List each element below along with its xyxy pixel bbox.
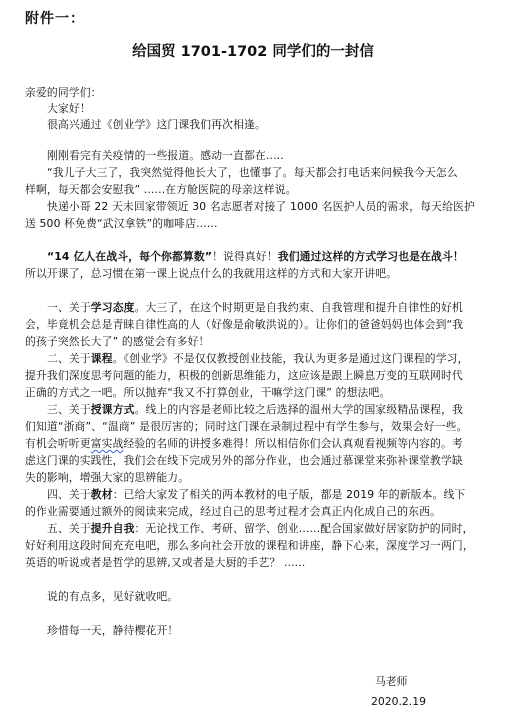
section2-line3: 正确的方式之一吧。所以抛弃“我又不打算创业，干嘛学这门课” 的想法吧。 xyxy=(25,386,390,400)
closing-line2: 珍惜每一天，静待樱花开！ xyxy=(47,624,178,638)
section5-line2: 好好利用这段时间充充电吧，那么多向社会开放的课程和讲座，静下心来，深度学习一两门… xyxy=(25,539,474,553)
fight-slogan: “14 亿人在战斗，每个你都算数” xyxy=(47,250,212,263)
fight-paragraph-line1: “14 亿人在战斗，每个你都算数”！说得真好！我们通过这样的方式学习也是在战斗！ xyxy=(47,250,464,264)
section2-keyword: 课程 xyxy=(91,352,113,365)
section3-line2: 们知道“浙商”、“温商” 是很厉害的；同时这门课在录制过程中有学生参与，效果会好… xyxy=(25,420,468,434)
section1-line1: 一、关于学习态度。大三了，在这个时期更是自我约束、自我管理和提升自律性的好机 xyxy=(47,301,463,315)
signature: 马老师 xyxy=(375,674,407,689)
section5-text: ：无论找工作、考研、留学、创业......配合国家做好居家防护的同时， xyxy=(135,522,474,535)
section5-line1: 五、关于提升自我：无论找工作、考研、留学、创业......配合国家做好居家防护的… xyxy=(47,522,474,536)
intro-line: 很高兴通过《创业学》这门课我们再次相逢。 xyxy=(47,118,266,132)
section3-line3-start: 有机会听听更 xyxy=(25,437,91,450)
letter-document: 附件一： 给国贸 1701-1702 同学们的一封信 亲爱的同学们： 大家好！ … xyxy=(0,0,506,722)
letter-date: 2020.2.19 xyxy=(371,695,426,708)
attachment-label: 附件一： xyxy=(25,8,85,28)
section3-line1: 三、关于授课方式。线上的内容是老师比较之后选择的温州大学的国家级精品课程，我 xyxy=(47,403,463,417)
news-intro: 刚刚看完有关疫情的一些报道。感动一直都在..... xyxy=(47,149,284,163)
fight-paragraph-line2: 所以开课了，总习惯在第一课上说点什么的我就用这样的方式和大家开讲吧。 xyxy=(25,267,397,281)
section3-line4: 虑这门课的实践性，我们会在线下完成另外的部分作业，也会通过慕课堂来弥补课堂教学缺 xyxy=(25,454,463,468)
section4-keyword: 教材 xyxy=(91,488,113,501)
section2-text: 。《创业学》不是仅仅教授创业技能，我认为更多是通过这门课程的学习， xyxy=(113,352,469,365)
quote2-line1: 快递小哥 22 天未回家带领近 30 名志愿者对接了 1000 名医护人员的需求… xyxy=(47,200,475,214)
section3-text: 。线上的内容是老师比较之后选择的温州大学的国家级精品课程，我 xyxy=(135,403,463,416)
section2-line2: 提升我们深度思考问题的能力，积极的创新思维能力，这应该是跟上瞬息万变的互联网时代 xyxy=(25,369,463,383)
section2-prefix: 二、关于 xyxy=(47,352,91,365)
section5-line3: 英语的听说或者是哲学的思辨,又或者是大厨的手艺？ ...... xyxy=(25,556,305,570)
section4-line2: 的作业需要通过额外的阅读来完成，经过自己的思考过程才会真正内化成自己的东西。 xyxy=(25,505,441,519)
quote2-line2: 送 500 杯免费“武汉拿铁”的咖啡店...... xyxy=(25,217,218,231)
closing-line1: 说的有点多，见好就收吧。 xyxy=(47,590,178,604)
section3-line3-end: 经验的名师的讲授多难得！所以相信你们会认真观看视频等内容的。考 xyxy=(124,437,463,450)
greeting: 大家好！ xyxy=(47,102,91,116)
section3-prefix: 三、关于 xyxy=(47,403,91,416)
section5-prefix: 五、关于 xyxy=(47,522,91,535)
quote1-line2: 样啊，每天都会安慰我” ......在方舱医院的母亲这样说。 xyxy=(25,183,297,197)
quote1-line1: “我儿子大三了，我突然觉得他长大了，也懂事了。每天都会打电话来问候我今天怎么 xyxy=(47,166,458,180)
section2-line1: 二、关于课程。《创业学》不是仅仅教授创业技能，我认为更多是通过这门课程的学习， xyxy=(47,352,469,366)
letter-title: 给国贸 1701-1702 同学们的一封信 xyxy=(0,40,506,61)
section3-line5: 失的影响，增强大家的思辨能力。 xyxy=(25,471,189,485)
section1-keyword: 学习态度 xyxy=(91,301,135,314)
salutation: 亲爱的同学们： xyxy=(25,86,102,100)
section1-line3: 的孩子突然长大了” 的感觉会有多好！ xyxy=(25,335,209,349)
section1-text: 。大三了，在这个时期更是自我约束、自我管理和提升自律性的好机 xyxy=(135,301,463,314)
spellcheck-flagged-text[interactable]: 富实战 xyxy=(91,437,124,450)
section3-keyword: 授课方式 xyxy=(91,403,135,416)
section4-text: ：已给大家发了相关的两本教材的电子版，都是 2019 年的新版本。线下 xyxy=(113,488,466,501)
section3-line3: 有机会听听更富实战经验的名师的讲授多难得！所以相信你们会认真观看视频等内容的。考 xyxy=(25,437,463,451)
fight-comment: ！说得真好！ xyxy=(212,250,278,263)
section1-line2: 会，毕竟机会总是青睐自律性高的人（好像是俞敏洪说的）。让你们的爸爸妈妈也体会到“… xyxy=(25,318,463,332)
section4-line1: 四、关于教材：已给大家发了相关的两本教材的电子版，都是 2019 年的新版本。线… xyxy=(47,488,465,502)
section5-keyword: 提升自我 xyxy=(91,522,135,535)
section4-prefix: 四、关于 xyxy=(47,488,91,501)
fight-statement: 我们通过这样的方式学习也是在战斗！ xyxy=(278,250,464,263)
section1-prefix: 一、关于 xyxy=(47,301,91,314)
